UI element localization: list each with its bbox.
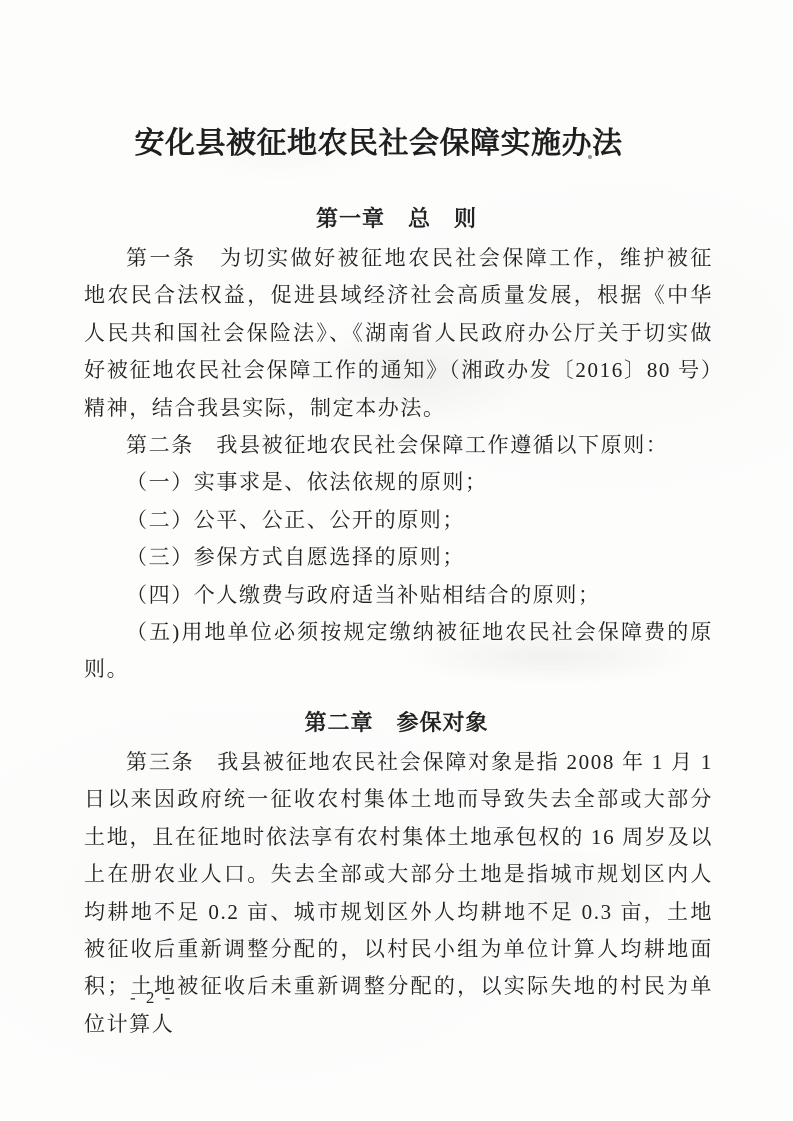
principle-item-5: （五)用地单位必须按规定缴纳被征地农民社会保障费的原则。 [84,614,713,689]
article-1-paragraph: 第一条 为切实做好被征地农民社会保障工作，维护被征地农民合法权益，促进县域经济社… [84,240,713,427]
principle-item-4: （四）个人缴费与政府适当补贴相结合的原则； [84,577,713,614]
principle-item-2: （二）公平、公正、公开的原则； [84,502,713,539]
principle-item-1: （一）实事求是、依法依规的原则； [84,464,713,501]
document-title: 安化县被征地农民社会保障实施办法 [0,0,775,167]
article-3-paragraph: 第三条 我县被征地农民社会保障对象是指 2008 年 1 月 1 日以来因政府统… [84,744,713,1043]
principle-item-3: （三）参保方式自愿选择的原则； [84,539,713,576]
page-number: - 2 - [130,988,173,1008]
article-2-paragraph: 第二条 我县被征地农民社会保障工作遵循以下原则： [84,427,713,464]
chapter-1-body: 第一条 为切实做好被征地农民社会保障工作，维护被征地农民合法权益，促进县域经济社… [0,240,793,689]
chapter-insured-persons: 第二章 参保对象 第三条 我县被征地农民社会保障对象是指 2008 年 1 月 … [0,707,793,1043]
chapter-1-heading: 第一章 总 则 [0,203,793,235]
chapter-2-body: 第三条 我县被征地农民社会保障对象是指 2008 年 1 月 1 日以来因政府统… [0,744,793,1043]
chapter-general-provisions: 第一章 总 则 第一条 为切实做好被征地农民社会保障工作，维护被征地农民合法权益… [0,203,793,689]
scanned-document-page: 安化县被征地农民社会保障实施办法 第一章 总 则 第一条 为切实做好被征地农民社… [0,0,793,1121]
chapter-2-heading: 第二章 参保对象 [0,707,793,739]
